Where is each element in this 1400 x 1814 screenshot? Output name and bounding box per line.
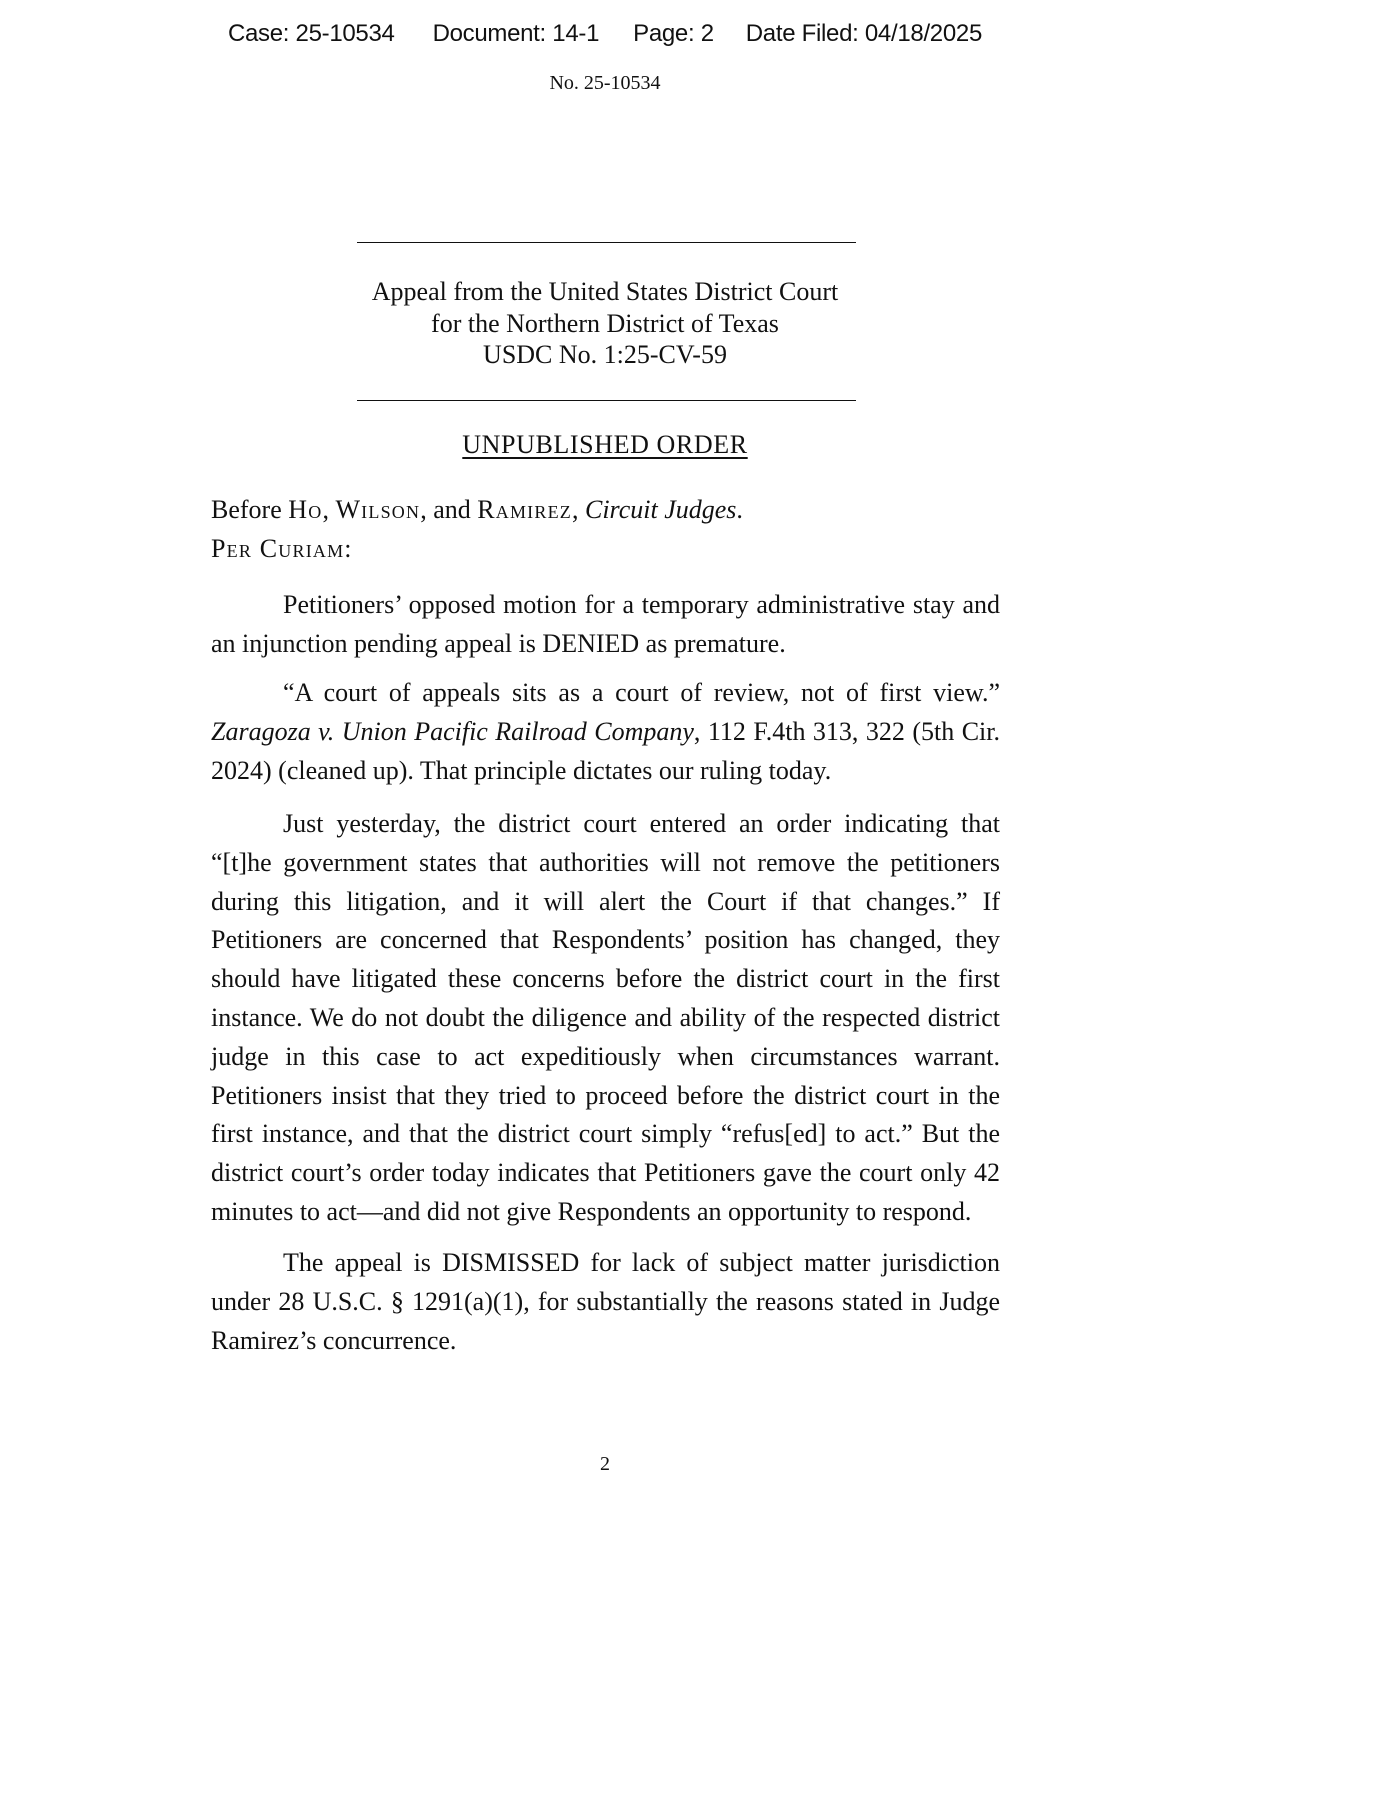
page-indicator: Page: 2: [633, 20, 714, 48]
paragraph-motion-denied: Petitioners’ opposed motion for a tempor…: [211, 586, 1000, 664]
divider-top: [357, 242, 856, 243]
paragraph-appeal-dismissed: The appeal is DISMISSED for lack of subj…: [211, 1244, 1000, 1360]
case-number: Case: 25-10534: [228, 20, 395, 48]
order-title: UNPUBLISHED ORDER: [0, 430, 1210, 460]
page-number: 2: [0, 1453, 1210, 1476]
judges-title: Circuit Judges: [585, 495, 736, 524]
origin-line-1: Appeal from the United States District C…: [0, 276, 1210, 308]
date-filed: Date Filed: 04/18/2025: [746, 20, 982, 48]
judge-ho: Ho: [288, 495, 322, 524]
docket-number: No. 25-10534: [0, 72, 1210, 95]
judge-wilson: Wilson: [335, 495, 420, 524]
filing-header-stamp: Case: 25-10534Document: 14-1Page: 2Date …: [0, 20, 1210, 48]
judge-panel: Before Ho, Wilson, and Ramirez, Circuit …: [211, 491, 1000, 569]
per-curiam: Per Curiam:: [211, 530, 1000, 569]
document-number: Document: 14-1: [433, 20, 600, 48]
appeal-origin: Appeal from the United States District C…: [0, 276, 1210, 371]
paragraph-court-of-review: “A court of appeals sits as a court of r…: [211, 674, 1000, 790]
paragraph-district-court-order: Just yesterday, the district court enter…: [211, 805, 1000, 1232]
origin-line-2: for the Northern District of Texas: [0, 308, 1210, 340]
divider-bottom: [357, 400, 856, 401]
case-citation-name: Zaragoza v. Union Pacific Railroad Compa…: [211, 717, 694, 746]
judge-ramirez: Ramirez: [477, 495, 572, 524]
panel-line: Before Ho, Wilson, and Ramirez, Circuit …: [211, 491, 1000, 530]
origin-line-3: USDC No. 1:25-CV-59: [0, 339, 1210, 371]
